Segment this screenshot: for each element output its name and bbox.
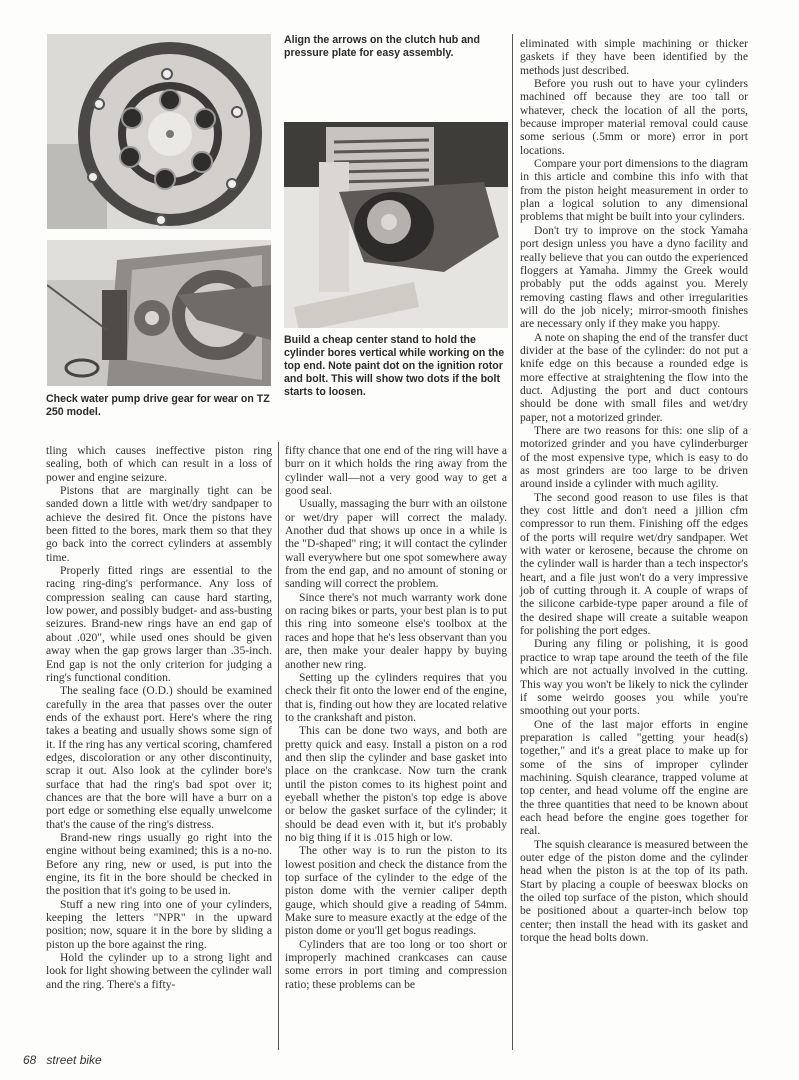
column-right: eliminated with simple machining or thic…	[520, 37, 748, 944]
paragraph: Hold the cylinder up to a strong light a…	[46, 951, 272, 991]
paragraph: Stuff a new ring into one of your cylind…	[46, 898, 272, 951]
paragraph: Compare your port dimensions to the diag…	[520, 157, 748, 224]
paragraph: The squish clearance is measured between…	[520, 838, 748, 945]
water-pump-photo	[47, 240, 271, 386]
paragraph: A note on shaping the end of the transfe…	[520, 331, 748, 424]
paragraph: There are two reasons for this: one slip…	[520, 424, 748, 491]
paragraph: Don't try to improve on the stock Yamaha…	[520, 224, 748, 331]
publication-name: street bike	[46, 1053, 101, 1067]
engine-stand-photo	[284, 122, 508, 328]
paragraph: eliminated with simple machining or thic…	[520, 37, 748, 77]
engine-stand-caption: Build a cheap center stand to hold the c…	[284, 334, 512, 399]
column-middle: fifty chance that one end of the ring wi…	[285, 444, 507, 991]
water-pump-illustration	[47, 240, 271, 386]
page-folio: 68street bike	[23, 1053, 112, 1067]
paragraph: fifty chance that one end of the ring wi…	[285, 444, 507, 497]
paragraph: Pistons that are marginally tight can be…	[46, 484, 272, 564]
clutch-hub-illustration	[47, 34, 271, 229]
column-divider	[278, 442, 279, 1050]
water-pump-caption: Check water pump drive gear for wear on …	[46, 393, 276, 419]
paragraph: Usually, massaging the burr with an oils…	[285, 497, 507, 590]
paragraph: Cylinders that are too long or too short…	[285, 938, 507, 991]
paragraph: The sealing face (O.D.) should be examin…	[46, 684, 272, 831]
paragraph: This can be done two ways, and both are …	[285, 724, 507, 844]
paragraph: During any filing or polishing, it is go…	[520, 637, 748, 717]
column-left: tling which causes ineffective piston ri…	[46, 444, 272, 991]
paragraph: Before you rush out to have your cylinde…	[520, 77, 748, 157]
column-divider	[512, 34, 513, 1050]
paragraph: Since there's not much warranty work don…	[285, 591, 507, 671]
clutch-hub-photo	[47, 34, 271, 229]
paragraph: The second good reason to use files is t…	[520, 491, 748, 638]
paragraph: Properly fitted rings are essential to t…	[46, 564, 272, 684]
paragraph: One of the last major efforts in engine …	[520, 718, 748, 838]
paragraph: tling which causes ineffective piston ri…	[46, 444, 272, 484]
paragraph: The other way is to run the piston to it…	[285, 844, 507, 937]
clutch-caption: Align the arrows on the clutch hub and p…	[284, 34, 509, 60]
paragraph: Setting up the cylinders requires that y…	[285, 671, 507, 724]
page-number: 68	[23, 1053, 36, 1067]
engine-stand-illustration	[284, 122, 508, 328]
paragraph: Brand-new rings usually go right into th…	[46, 831, 272, 898]
